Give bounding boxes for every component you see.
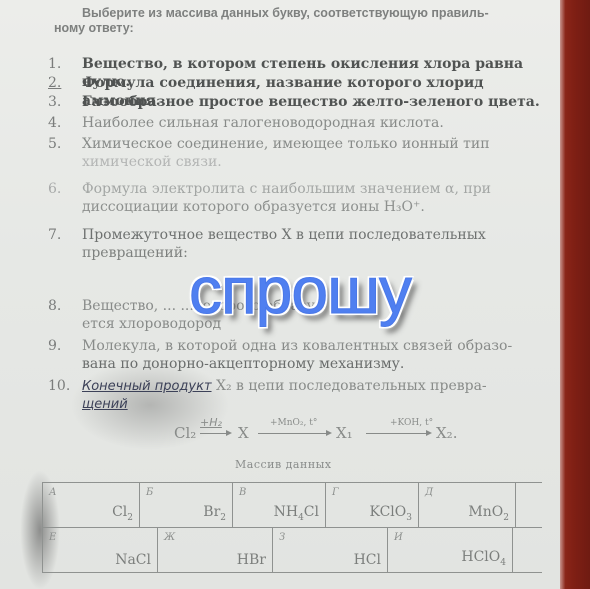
cell-letter: Е: [49, 532, 56, 543]
instruction-line: Выберите из массива данных букву, соотве…: [82, 6, 552, 21]
reaction-arrow: [366, 433, 430, 434]
question-9: 9. Молекула, в которой одна из ковалентн…: [48, 338, 556, 373]
question-number: 10.: [48, 378, 76, 396]
overlay-caption: спрошу: [140, 250, 460, 330]
question-text: Химическое соединение, имеющее только ио…: [82, 136, 556, 154]
reaction-arrow: [258, 433, 330, 434]
cell-letter: Б: [146, 487, 153, 498]
question-text: диссоциации которого образуется ионы H₃O…: [82, 199, 556, 217]
reaction-chain: Cl₂ +H₂ X +MnO₂, t° X₁ +KOH, t° X₂.: [170, 418, 470, 458]
cell-formula: Cl2: [112, 504, 133, 523]
chain-x2: X₂.: [436, 424, 457, 442]
cell-formula: HClO4: [461, 549, 506, 568]
data-cell: ГKClO3: [326, 483, 419, 527]
handwritten-answer: Конечный продукт: [82, 379, 212, 394]
table-row: АCl2БBr2ВNH4ClГKClO3ДMnO2: [42, 482, 542, 527]
question-6: 6. Формула электролита с наибольшим знач…: [48, 181, 556, 216]
question-4: 4. Наиболее сильная галогеноводородная к…: [48, 115, 556, 133]
cell-letter: А: [49, 487, 57, 498]
question-5: 5. Химическое соединение, имеющее только…: [48, 136, 556, 171]
question-3: 3. Газообразное простое вещество желто-з…: [48, 94, 556, 112]
massiv-title: Массив данных: [235, 458, 332, 471]
reaction-arrow: [200, 433, 230, 434]
data-cell: ЕNaCl: [42, 528, 158, 572]
chain-reagent: +KOH, t°: [390, 418, 433, 428]
table-row: ЕNaClЖHBrЗHClИHClO4: [42, 527, 542, 573]
cell-letter: В: [239, 487, 246, 498]
question-text: Газообразное простое вещество желто-зеле…: [82, 94, 556, 112]
question-number: 5.: [48, 136, 76, 154]
question-number: 4.: [48, 115, 76, 133]
data-cell: ЗHCl: [273, 528, 388, 572]
cell-formula: Br2: [203, 504, 226, 523]
chain-reagent: +MnO₂, t°: [270, 418, 317, 428]
question-text: Наиболее сильная галогеноводородная кисл…: [82, 115, 556, 133]
cell-letter: Д: [425, 487, 433, 498]
question-text: химической связи.: [82, 154, 556, 172]
chain-x1: X₁: [336, 424, 353, 442]
cell-formula: HCl: [354, 552, 381, 568]
data-cell: БBr2: [140, 483, 233, 527]
chain-start: Cl₂: [174, 424, 196, 442]
question-number: 1.: [48, 56, 76, 74]
handwritten-answer: щений: [82, 397, 128, 412]
question-text: вана по донорно-акцепторному механизму.: [82, 356, 556, 374]
cell-formula: KClO3: [370, 504, 412, 523]
question-number: 7.: [48, 227, 76, 245]
cell-formula: HBr: [237, 552, 266, 568]
question-10: 10. Конечный продукт X₂ в цепи последова…: [48, 378, 556, 413]
data-cell: ВNH4Cl: [233, 483, 326, 527]
wooden-table-edge: [560, 0, 590, 589]
question-number: 9.: [48, 338, 76, 356]
question-text: X₂ в цепи последовательных превра-: [212, 378, 487, 394]
instruction: Выберите из массива данных букву, соотве…: [82, 6, 552, 36]
question-number: 2.: [48, 75, 76, 93]
data-cell: ДMnO2: [419, 483, 516, 527]
data-array-table: АCl2БBr2ВNH4ClГKClO3ДMnO2 ЕNaClЖHBrЗHClИ…: [42, 482, 542, 573]
cell-formula: NaCl: [115, 552, 151, 568]
chain-reagent: +H₂: [200, 416, 222, 429]
question-text: Молекула, в которой одна из ковалентных …: [82, 338, 556, 356]
chain-x: X: [238, 424, 249, 442]
question-text: Промежуточное вещество X в цепи последов…: [82, 227, 556, 245]
question-text: Формула электролита с наибольшим значени…: [82, 181, 556, 199]
cell-letter: З: [279, 532, 285, 543]
data-cell: АCl2: [42, 483, 140, 527]
cell-letter: Г: [332, 487, 339, 498]
instruction-line: ному ответу:: [54, 21, 552, 36]
cell-formula: NH4Cl: [274, 504, 319, 523]
data-cell: ИHClO4: [388, 528, 513, 572]
question-number: 6.: [48, 181, 76, 199]
cell-letter: И: [394, 532, 403, 543]
cell-letter: Ж: [164, 532, 175, 543]
data-cell: ЖHBr: [158, 528, 273, 572]
question-number: 8.: [48, 298, 76, 316]
cell-formula: MnO2: [468, 504, 509, 523]
question-number: 3.: [48, 94, 76, 112]
